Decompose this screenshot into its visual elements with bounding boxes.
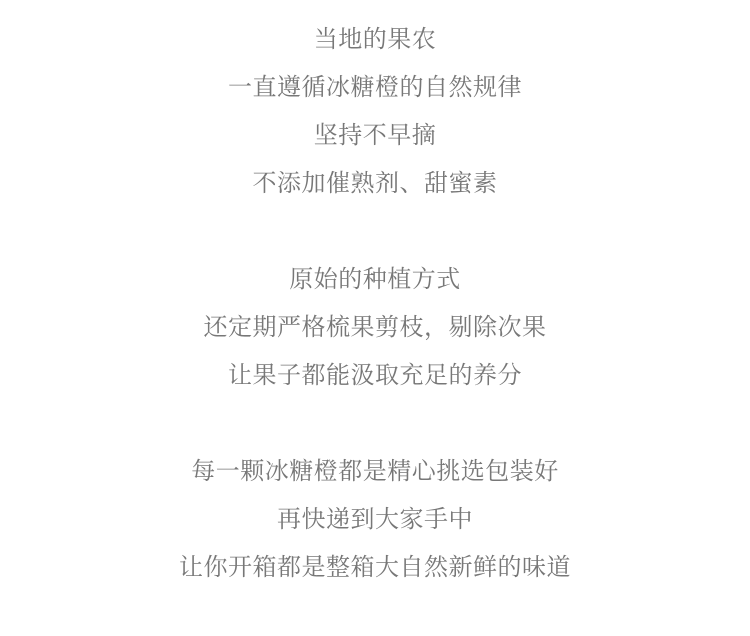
text-line: 当地的果农 [0,16,750,64]
text-line: 再快递到大家手中 [0,496,750,544]
paragraph-natural-growing: 当地的果农 一直遵循冰糖橙的自然规律 坚持不早摘 不添加催熟剂、甜蜜素 [0,16,750,208]
text-line: 让果子都能汲取充足的养分 [0,352,750,400]
text-line: 让你开箱都是整箱大自然新鲜的味道 [0,544,750,592]
product-description-section: 当地的果农 一直遵循冰糖橙的自然规律 坚持不早摘 不添加催熟剂、甜蜜素 原始的种… [0,0,750,636]
paragraph-planting-method: 原始的种植方式 还定期严格梳果剪枝，剔除次果 让果子都能汲取充足的养分 [0,256,750,400]
text-line: 还定期严格梳果剪枝，剔除次果 [0,304,750,352]
text-line: 不添加催熟剂、甜蜜素 [0,160,750,208]
text-line: 每一颗冰糖橙都是精心挑选包装好 [0,448,750,496]
text-line: 坚持不早摘 [0,112,750,160]
paragraph-packing-delivery: 每一颗冰糖橙都是精心挑选包装好 再快递到大家手中 让你开箱都是整箱大自然新鲜的味… [0,448,750,592]
text-line: 原始的种植方式 [0,256,750,304]
text-line: 一直遵循冰糖橙的自然规律 [0,64,750,112]
